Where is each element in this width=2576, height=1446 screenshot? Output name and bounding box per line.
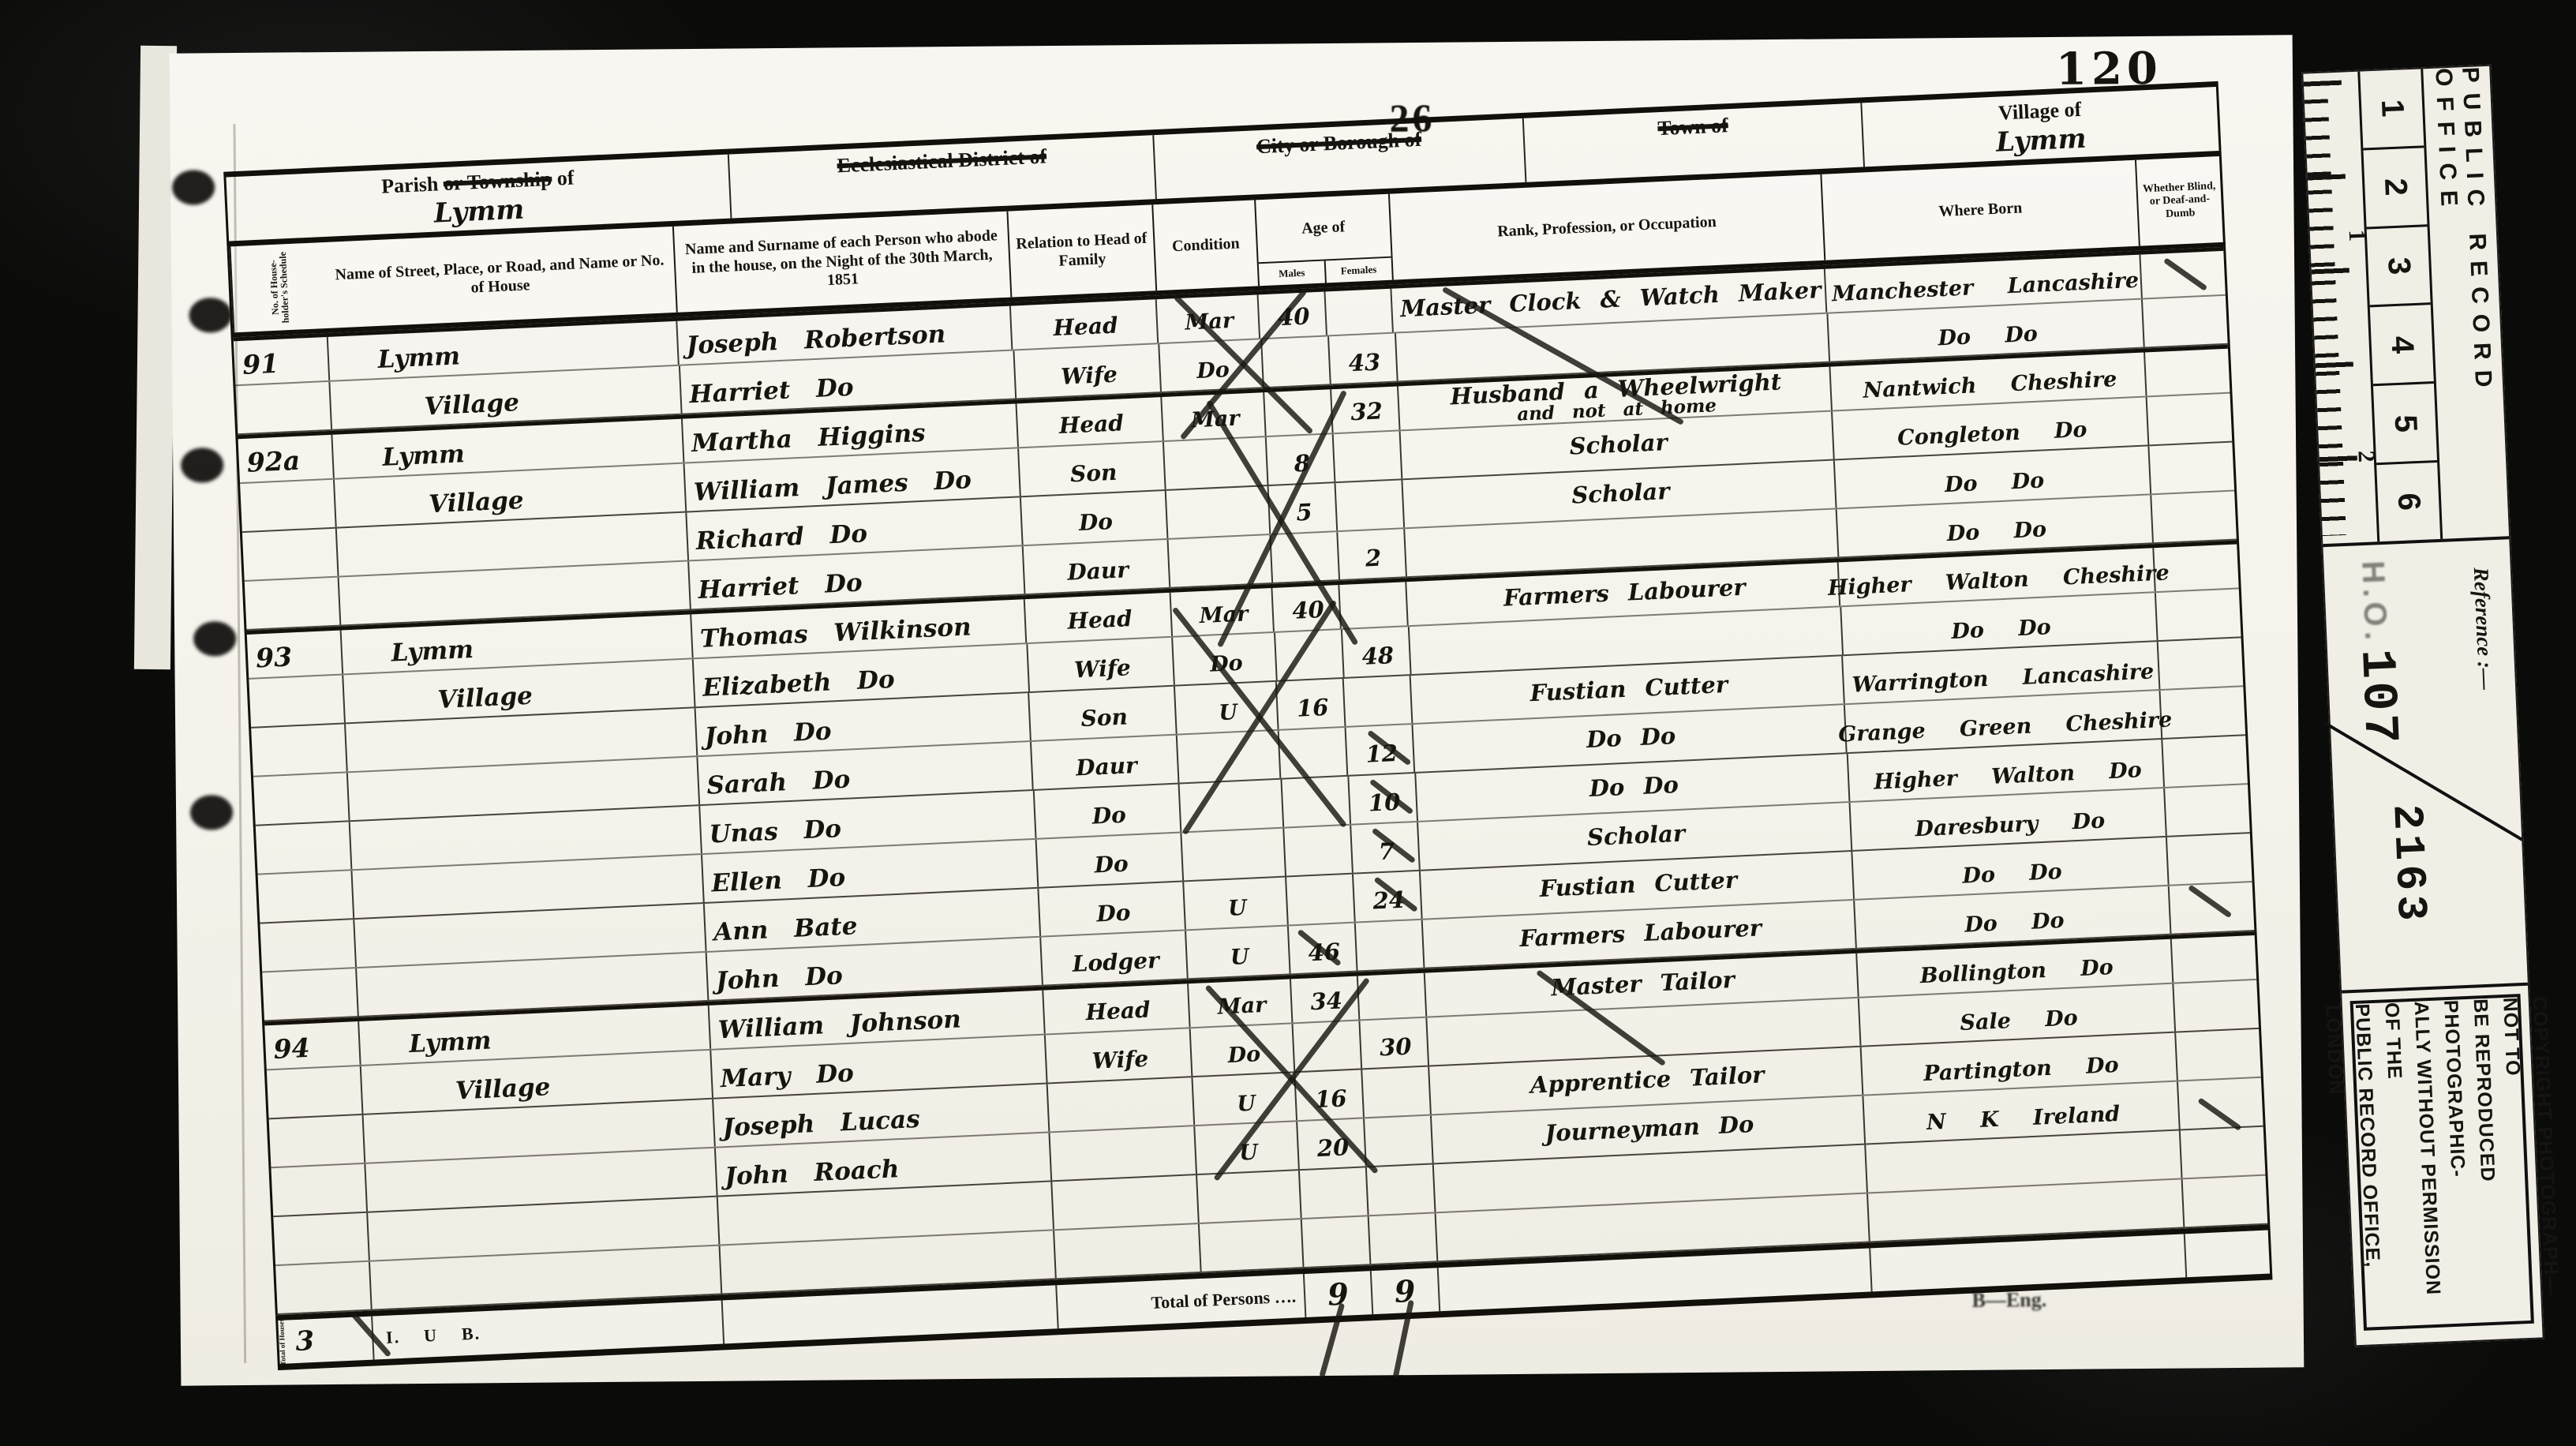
ruler-number: 4 bbox=[2370, 305, 2434, 387]
infirmity bbox=[2156, 589, 2241, 640]
relation-to-head: Do bbox=[1036, 833, 1184, 886]
parish-label-of: of bbox=[552, 167, 575, 190]
punch-hole bbox=[172, 170, 215, 204]
condition bbox=[1197, 1171, 1301, 1223]
reference-series: H.O. 107 bbox=[2344, 560, 2408, 748]
infirmity bbox=[2161, 687, 2245, 738]
age-female: 43 bbox=[1329, 334, 1398, 384]
age-female bbox=[1368, 1213, 1437, 1264]
age-female bbox=[1356, 920, 1425, 971]
relation-to-head: Daur bbox=[1032, 736, 1179, 789]
relation-to-head bbox=[1050, 1126, 1197, 1180]
condition bbox=[1164, 437, 1268, 489]
occupation-text: Fustian Cutter bbox=[1539, 866, 1738, 901]
census-table: Parish or Township of Lymm Ecclesiastica… bbox=[223, 81, 2272, 1370]
relation-to-head: Wife bbox=[1046, 1028, 1193, 1082]
age-female bbox=[1362, 1067, 1431, 1118]
infirmity bbox=[2181, 1127, 2265, 1178]
age-male: 8 bbox=[1267, 434, 1335, 485]
age-male: 5 bbox=[1269, 483, 1338, 534]
age-male bbox=[1284, 826, 1353, 876]
reference-card: Reference :— H.O. 107 2163 bbox=[2323, 539, 2527, 993]
ruler-number: 1 bbox=[2360, 69, 2424, 150]
condition: Do bbox=[1174, 633, 1278, 685]
infirmity bbox=[2172, 935, 2256, 983]
infirmity bbox=[2141, 251, 2226, 298]
schedule-number bbox=[242, 529, 339, 580]
total-houses-cell: Total of Houses 3 bbox=[278, 1317, 374, 1364]
ruler-inch-number: 2 bbox=[2352, 450, 2379, 463]
age-female: 32 bbox=[1331, 386, 1400, 433]
reference-book: 2163 bbox=[2381, 804, 2434, 927]
condition bbox=[1182, 829, 1286, 881]
relation-to-head: Head bbox=[1043, 983, 1191, 1033]
infirmity bbox=[2170, 882, 2254, 934]
schedule-number bbox=[267, 1066, 363, 1118]
city-borough-label-struck: City or Borough of bbox=[1256, 128, 1421, 158]
condition: Mar bbox=[1156, 294, 1260, 343]
occupation-text: Do Do bbox=[1589, 770, 1679, 801]
town-header: Town of bbox=[1524, 103, 1865, 182]
age-male bbox=[1294, 1021, 1362, 1071]
age-male bbox=[1300, 1167, 1368, 1218]
col-where-born: Where Born bbox=[1822, 160, 2141, 260]
ruler-number: 6 bbox=[2376, 463, 2440, 541]
infirmity bbox=[2155, 544, 2239, 591]
age-female: 30 bbox=[1360, 1018, 1428, 1069]
total-females: 9 bbox=[1372, 1268, 1440, 1314]
relation-to-head: Son bbox=[1029, 687, 1177, 740]
infirmity bbox=[2159, 638, 2243, 689]
relation-to-head bbox=[1052, 1175, 1200, 1229]
condition: U bbox=[1184, 878, 1288, 930]
totals-spacer bbox=[2185, 1231, 2270, 1278]
punch-hole bbox=[181, 448, 223, 482]
copyright-card: COPYRIGHT PHOTOGRAPH—NOT TO BE REPRODUCE… bbox=[2342, 986, 2542, 1339]
relation-to-head bbox=[1047, 1077, 1195, 1131]
schedule-number: 92a bbox=[238, 435, 335, 482]
pro-ruler-card: 1 2 1 2 3 4 5 6 PUBLIC RECORD OFFICE bbox=[2303, 66, 2509, 547]
infirmity bbox=[2150, 443, 2234, 494]
age-female bbox=[1335, 480, 1404, 530]
condition: Mar bbox=[1189, 979, 1293, 1027]
age-male bbox=[1262, 336, 1331, 387]
schedule-number bbox=[245, 578, 341, 629]
age-female bbox=[1358, 973, 1427, 1020]
condition bbox=[1200, 1219, 1304, 1272]
infirmity bbox=[2145, 349, 2230, 396]
relation-to-head: Do bbox=[1039, 882, 1186, 935]
infirmity bbox=[2163, 736, 2248, 787]
schedule-number bbox=[258, 871, 354, 922]
age-male bbox=[1271, 532, 1339, 583]
parish-label: Parish bbox=[381, 172, 444, 198]
col-age-females: Females bbox=[1326, 258, 1392, 283]
age-male bbox=[1286, 875, 1355, 925]
age-male: 20 bbox=[1297, 1118, 1366, 1169]
ecclesiastical-label-struck: Ecclesiastical District of bbox=[837, 144, 1047, 177]
condition: Do bbox=[1160, 339, 1264, 391]
totals-spacer bbox=[722, 1285, 1058, 1343]
relation-to-head: Wife bbox=[1014, 344, 1162, 398]
col-relation: Relation to Head of Family bbox=[1008, 204, 1157, 297]
pro-reference-strip: 1 2 1 2 3 4 5 6 PUBLIC RECORD OFFICE Ref… bbox=[2301, 65, 2544, 1347]
age-male bbox=[1302, 1216, 1371, 1267]
village-header: Village of Lymm bbox=[1862, 87, 2218, 167]
ruler-number: 2 bbox=[2363, 148, 2427, 229]
village-value: Lymm bbox=[1863, 117, 2218, 164]
condition: Mar bbox=[1170, 588, 1275, 636]
infirmity bbox=[2152, 492, 2237, 543]
schedule-number bbox=[235, 382, 331, 433]
condition bbox=[1169, 535, 1273, 587]
age-male: 40 bbox=[1259, 292, 1327, 339]
punch-hole bbox=[189, 298, 231, 332]
occupation-text: Master Tailor bbox=[1551, 966, 1735, 1002]
occupation-text: Scholar bbox=[1571, 478, 1671, 509]
infirmity bbox=[2167, 834, 2252, 885]
infirmity bbox=[2143, 296, 2227, 347]
occupation-text: Master Clock & Watch Maker bbox=[1399, 276, 1822, 322]
schedule-number bbox=[256, 822, 352, 873]
infirmity bbox=[2183, 1176, 2267, 1227]
schedule-number bbox=[262, 968, 358, 1020]
occupation-text: Apprentice Tailor bbox=[1529, 1061, 1765, 1098]
ruler-number: 3 bbox=[2367, 227, 2431, 308]
census-scan-page: 26 120 B—Eng. Parish or Township of Lymm… bbox=[0, 0, 2576, 1446]
condition bbox=[1180, 780, 1284, 832]
reference-piece: 107 bbox=[2348, 648, 2408, 747]
infirmity bbox=[2174, 980, 2259, 1032]
age-female: 12 bbox=[1346, 725, 1415, 775]
age-female: 24 bbox=[1354, 871, 1422, 922]
age-male bbox=[1282, 777, 1350, 827]
parish-label-struck: or Township bbox=[443, 167, 552, 195]
occupation-text: Farmers Labourer bbox=[1503, 574, 1746, 612]
age-female bbox=[1340, 582, 1409, 628]
condition bbox=[1166, 486, 1271, 538]
village-label: Village of bbox=[1998, 98, 2081, 125]
census-form-paper: 26 120 B—Eng. Parish or Township of Lymm… bbox=[170, 35, 2305, 1385]
occupation-text: Do Do bbox=[1586, 721, 1676, 752]
col-age-males: Males bbox=[1259, 260, 1327, 286]
occupation-text: Journeyman Do bbox=[1544, 1110, 1754, 1146]
relation-to-head: Head bbox=[1011, 299, 1159, 349]
occupation-text: Scholar bbox=[1586, 819, 1686, 851]
age-male bbox=[1275, 630, 1344, 680]
age-female: 7 bbox=[1351, 822, 1420, 873]
schedule-number bbox=[271, 1164, 367, 1216]
condition: U bbox=[1186, 926, 1290, 978]
houses-category-letters: I. U B. bbox=[373, 1300, 724, 1359]
relation-to-head: Do bbox=[1021, 491, 1169, 545]
relation-to-head: Wife bbox=[1028, 638, 1175, 691]
condition bbox=[1178, 731, 1282, 783]
age-male: 34 bbox=[1291, 976, 1360, 1023]
age-female: 2 bbox=[1338, 529, 1406, 579]
condition: U bbox=[1193, 1073, 1297, 1125]
schedule-number bbox=[269, 1115, 365, 1167]
age-male: 16 bbox=[1277, 679, 1346, 729]
age-female bbox=[1344, 676, 1413, 726]
total-houses-label: Total of Houses bbox=[278, 1317, 289, 1367]
totals-spacer bbox=[1870, 1234, 2187, 1291]
schedule-number bbox=[240, 480, 336, 531]
total-houses-value: 3 bbox=[295, 1325, 315, 1358]
col-age-label: Age of bbox=[1256, 194, 1391, 263]
age-male: 46 bbox=[1289, 923, 1357, 974]
condition: U bbox=[1196, 1122, 1300, 1174]
total-persons-label: Total of Persons …. bbox=[1057, 1274, 1306, 1328]
occupation-text: Scholar bbox=[1569, 429, 1668, 460]
schedule-number: 91 bbox=[234, 337, 330, 384]
age-male: 40 bbox=[1273, 585, 1342, 631]
relation-to-head: Son bbox=[1019, 442, 1166, 496]
city-borough-header: City or Borough of bbox=[1154, 118, 1526, 199]
relation-to-head: Do bbox=[1034, 785, 1181, 838]
col-street: Name of Street, Place, or Road, and Name… bbox=[324, 227, 677, 328]
schedule-number bbox=[251, 724, 347, 775]
ecclesiastical-header: Ecclesiastical District of bbox=[729, 135, 1157, 218]
reference-ho: H.O. bbox=[2354, 560, 2393, 646]
ruler-inch-number: 1 bbox=[2343, 229, 2371, 242]
reference-label: Reference :— bbox=[2469, 567, 2498, 690]
age-female bbox=[1334, 431, 1402, 481]
condition: Do bbox=[1191, 1024, 1295, 1076]
copyright-text: COPYRIGHT PHOTOGRAPH—NOT TO BE REPRODUCE… bbox=[2317, 995, 2567, 1328]
schedule-number: 94 bbox=[264, 1021, 361, 1069]
relation-to-head: Daur bbox=[1023, 540, 1170, 594]
copyright-border: COPYRIGHT PHOTOGRAPH—NOT TO BE REPRODUCE… bbox=[2350, 994, 2534, 1331]
col-age: Age of Males Females bbox=[1256, 194, 1393, 287]
condition: U bbox=[1175, 682, 1279, 734]
age-male bbox=[1279, 728, 1348, 778]
town-label-struck: Town of bbox=[1657, 114, 1729, 140]
condition: Mar bbox=[1163, 392, 1267, 440]
schedule-number bbox=[253, 773, 350, 824]
schedule-number bbox=[273, 1213, 369, 1264]
col-infirmity: Whether Blind, or Deaf-and-Dumb bbox=[2136, 156, 2223, 246]
col-name-surname: Name and Surname of each Person who abod… bbox=[674, 212, 1012, 313]
punch-hole bbox=[190, 795, 233, 830]
age-female bbox=[1365, 1115, 1433, 1166]
schedule-number bbox=[249, 675, 345, 726]
relation-to-head: Head bbox=[1025, 593, 1173, 642]
age-female bbox=[1325, 289, 1394, 335]
schedule-number: 93 bbox=[247, 631, 343, 678]
relation-to-head: Lodger bbox=[1041, 931, 1189, 984]
schedule-number bbox=[275, 1262, 372, 1313]
age-male: 16 bbox=[1295, 1070, 1364, 1120]
relation-to-head bbox=[1054, 1224, 1202, 1278]
infirmity bbox=[2176, 1029, 2260, 1081]
punch-hole bbox=[193, 621, 236, 656]
col-schedule-number: No. of House- holder's Schedule bbox=[229, 242, 328, 332]
infirmity bbox=[2178, 1078, 2263, 1129]
record-rows: 91 Lymm Joseph Robertson Head Mar 40 Mas… bbox=[231, 247, 2271, 1315]
age-female: 48 bbox=[1342, 627, 1411, 677]
schedule-number bbox=[260, 920, 356, 971]
infirmity bbox=[2165, 785, 2249, 836]
col-condition: Condition bbox=[1154, 200, 1260, 290]
total-males: 9 bbox=[1305, 1271, 1373, 1317]
age-female: 10 bbox=[1349, 774, 1417, 824]
age-female bbox=[1367, 1164, 1436, 1215]
ruler-number: 5 bbox=[2373, 384, 2437, 465]
occupation-text: Fustian Cutter bbox=[1529, 670, 1728, 706]
occupation-text: Farmers Labourer bbox=[1519, 914, 1762, 952]
infirmity bbox=[2147, 394, 2232, 445]
relation-to-head: Head bbox=[1017, 397, 1164, 447]
age-male bbox=[1264, 389, 1333, 436]
